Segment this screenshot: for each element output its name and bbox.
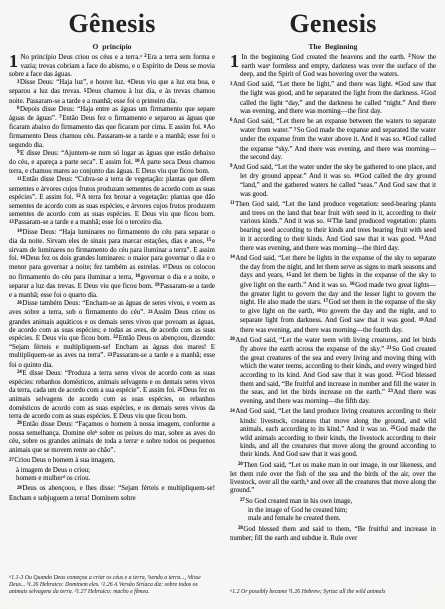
verse-paragraph: 20Disse também Deus: “Encham-se as águas… [9, 300, 215, 370]
verse-number: 9 [230, 164, 232, 169]
verse-number: 19 [155, 283, 160, 288]
verse-number: 11 [230, 201, 235, 206]
verse-paragraph: 1In the beginning God created the heaven… [230, 54, 436, 80]
verse-number: 24 [17, 370, 22, 375]
footnote-english: ᵃ1.2 Or possibly became ᵇ1.26 Hebrew; Sy… [230, 589, 436, 596]
verse-number: 22 [396, 372, 401, 377]
verse-number: 20 [17, 301, 22, 306]
poetry-line: homem e mulherᵈ os criou. [9, 475, 215, 483]
verse-paragraph: 24E disse Deus: “Produza a terra seres v… [9, 370, 215, 421]
verses-left: 1No princípio Deus criou os céus e a ter… [9, 54, 215, 503]
chapter-number: 1 [230, 54, 239, 68]
verse-number: 14 [230, 255, 235, 260]
verse-number: 8 [403, 137, 405, 142]
verse-number: 16 [20, 256, 25, 261]
verse-number: 19 [419, 318, 424, 323]
verse-number: 3 [17, 80, 19, 85]
verse-number: 11 [17, 177, 22, 182]
verse-paragraph: 14Disse Deus: “Haja luminares no firmame… [9, 229, 215, 301]
poetry-line: 27So God created man in his own image, [230, 498, 436, 507]
verse-number: 7 [294, 128, 296, 133]
poetry-block: 27Criou Deus o homem à sua imagem,à imag… [9, 457, 215, 483]
verse-number: 6 [17, 106, 19, 111]
verse-number: 27 [9, 458, 14, 463]
book-title-portuguese: Gênesis [9, 11, 215, 37]
verse-number: 17 [323, 299, 328, 304]
verse-number: 7 [59, 115, 61, 120]
verse-number: 12 [76, 194, 81, 199]
verses-right: 1In the beginning God created the heaven… [230, 54, 436, 544]
verse-number: 13 [9, 220, 14, 225]
verse-paragraph: 11Then God said, “Let the land produce v… [230, 201, 436, 253]
verse-number: 5 [84, 89, 86, 94]
verse-paragraph: 28Deus os abençoou, e lhes disse: “Sejam… [9, 485, 215, 502]
verse-number: 18 [317, 309, 322, 314]
verse-number: 16 [350, 282, 355, 287]
verse-number: 25 [390, 426, 395, 431]
verse-paragraph: 1No princípio Deus criou os céus e a ter… [9, 54, 215, 80]
poetry-line: 27Criou Deus o homem à sua imagem, [9, 457, 215, 466]
section-heading-english: The Beginning [230, 42, 436, 51]
verse-paragraph: 9And God said, “Let the water under the … [230, 164, 436, 199]
verse-paragraph: 9E disse Deus: “Ajuntem-se num só lugar … [9, 150, 215, 177]
verse-number: 21 [148, 310, 153, 315]
verse-paragraph: 28God blessed them and said to them, “Be… [230, 526, 436, 543]
verse-number: 13 [419, 236, 424, 241]
poetry-block: 27So God created man in his own image,in… [230, 498, 436, 524]
verse-number: 21 [387, 346, 392, 351]
verse-paragraph: 26Então disse Deus: “Façamos o homem à n… [9, 421, 215, 455]
footnote-portuguese: ᵃ1.1-3 Ou Quando Deus começou a criar os… [9, 575, 215, 596]
verse-paragraph: 20And God said, “Let the water teem with… [230, 337, 436, 407]
verse-number: 28 [238, 526, 243, 531]
poetry-line: à imagem de Deus o criou; [9, 467, 215, 475]
verse-number: 10 [354, 174, 359, 179]
verse-number: 24 [230, 409, 235, 414]
verse-number: 14 [17, 229, 22, 234]
verse-paragraph: 3Disse Deus: “Haja luz”, e houve luz. 4D… [9, 79, 215, 106]
verse-number: 23 [388, 389, 393, 394]
verse-paragraph: 24And God said, “Let the land produce li… [230, 408, 436, 459]
bible-page: Gênesis O princípio 1No princípio Deus c… [0, 0, 445, 609]
verse-number: 27 [240, 498, 245, 503]
section-heading-portuguese: O princípio [9, 42, 215, 51]
verse-paragraph: 3And God said, “Let there be light,” and… [230, 81, 436, 116]
verse-number: 25 [177, 388, 182, 393]
verse-number: 23 [107, 353, 112, 358]
column-portuguese: Gênesis O princípio 1No princípio Deus c… [9, 10, 215, 596]
verse-number: 4 [395, 82, 397, 87]
verse-number: 5 [421, 91, 423, 96]
verse-number: 26 [238, 462, 243, 467]
verse-number: 15 [207, 238, 212, 243]
verse-paragraph: 11Então disse Deus: “Cubra-se a terra de… [9, 176, 215, 228]
verse-number: 10 [135, 159, 140, 164]
verse-number: 12 [327, 219, 332, 224]
verse-number: 6 [230, 118, 232, 123]
verse-number: 28 [17, 486, 22, 491]
book-title-english: Genesis [230, 11, 436, 37]
verse-number: 15 [286, 273, 291, 278]
verse-number: 3 [230, 82, 232, 87]
verse-number: 18 [135, 274, 140, 279]
poetry-line: male and female he created them. [230, 515, 436, 523]
verse-number: 8 [204, 125, 206, 130]
verse-number: 20 [230, 337, 235, 342]
verse-paragraph: 6And God said, “Let there be an expanse … [230, 118, 436, 162]
verse-paragraph: 14And God said, “Let there be lights in … [230, 255, 436, 335]
verse-number: 2 [144, 54, 146, 59]
verse-number: 4 [128, 80, 130, 85]
verse-paragraph: 6Depois disse Deus: “Haja entre as águas… [9, 106, 215, 150]
verse-number: 17 [163, 265, 168, 270]
verse-number: 22 [113, 335, 118, 340]
verse-number: 26 [17, 421, 22, 426]
verse-number: 9 [17, 150, 19, 155]
verse-number: 2 [408, 54, 410, 59]
verse-paragraph: 26Then God said, “Let us make man in our… [230, 462, 436, 496]
column-english: Genesis The Beginning 1In the beginning … [230, 10, 436, 596]
chapter-number: 1 [9, 54, 18, 68]
